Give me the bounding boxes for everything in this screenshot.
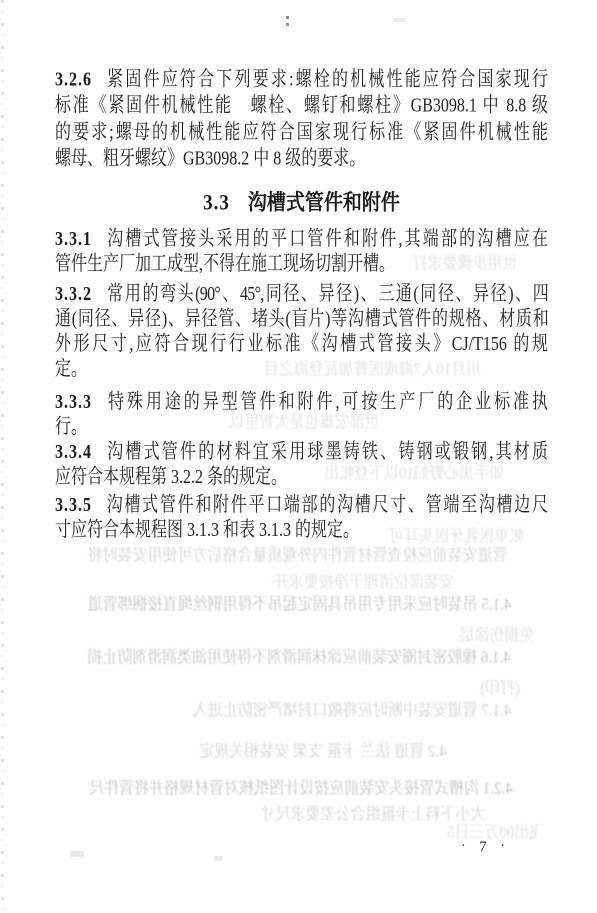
- clause-number: 3.3.1: [55, 228, 92, 250]
- clause-line: 管件生产厂加工成型,不得在施工现场切割开槽。: [55, 248, 548, 280]
- clause-text: 紧固件应符合下列要求:螺栓的机械性能应符合国家现行: [105, 69, 548, 91]
- clause-number: 3.3.3: [55, 391, 92, 413]
- section-heading-number: 3.3: [203, 191, 230, 215]
- clause-text: 沟槽式管接头采用的平口管件和附件,其端部的沟槽应在: [105, 228, 548, 250]
- bleedthrough-line: (打印): [468, 680, 532, 702]
- clause-text: 沟槽式管件的材料宜采用球墨铸铁、铸钢或锻钢,其材质: [105, 441, 548, 463]
- page-number-value: 7: [479, 839, 487, 856]
- section-heading-title: 沟槽式管件和附件: [248, 191, 400, 215]
- clause-number: 3.2.6: [55, 69, 92, 91]
- page-number-left-dot: ·: [461, 839, 466, 855]
- scanned-document-page: 管道安装前应检查管材管件内外观质量合格后方可使用安装时将 安装部位清理干净按要求…: [0, 0, 597, 913]
- paragraph-3-3-2: 3.3.2常用的弯头(90°、45°,同径、异径)、三通(同径、异径)、四 通(…: [55, 282, 548, 382]
- bleedthrough-line: 安装部位清理干净按要求开槽: [272, 574, 454, 596]
- clause-number: 3.3.5: [55, 494, 92, 516]
- bleedthrough-line: 4.2.1 沟槽式管接头安装前应按设计图纸核对管材规格并将管件尺: [60, 780, 542, 802]
- scan-speck: [214, 856, 222, 861]
- page-number: · 7 ·: [461, 837, 505, 857]
- clause-text: 常用的弯头(90°、45°,同径、异径)、三通(同径、异径)、四: [105, 283, 548, 305]
- clause-number: 3.3.2: [55, 283, 92, 305]
- bleedthrough-line: 4.1.7 管道安装中断时应将敞口封堵严密防止进入: [172, 702, 532, 724]
- section-heading: 3.3沟槽式管件和附件: [55, 189, 548, 219]
- bleedthrough-line: 管道安装前应检查管材管件内外观质量合格后方可使用安装时将: [60, 547, 535, 569]
- clause-line: 寸应符合本规程图 3.1.3 和表 3.1.3 的规定。: [55, 514, 548, 546]
- page-number-right-dot: ·: [500, 839, 505, 855]
- paragraph-3-3-1: 3.3.1沟槽式管接头采用的平口管件和附件,其端部的沟槽应在 管件生产厂加工成型…: [55, 227, 548, 277]
- clause-line: 定。: [55, 353, 548, 385]
- scan-speck: [70, 851, 84, 857]
- paragraph-3-2-6: 3.2.6紧固件应符合下列要求:螺栓的机械性能应符合国家现行 标准《紧固件机械性…: [55, 68, 548, 173]
- bleedthrough-line: 免损伤涂层: [452, 627, 542, 649]
- clause-number: 3.3.4: [55, 441, 92, 463]
- document-content: 3.2.6紧固件应符合下列要求:螺栓的机械性能应符合国家现行 标准《紧固件机械性…: [55, 0, 548, 543]
- scan-edge-artifact: [1, 0, 4, 913]
- bleedthrough-line: 4.1.6 橡胶密封圈安装前应涂抹润滑剂不得使用油类润滑剂防止损: [55, 649, 543, 671]
- clause-line: 螺母、粗牙螺纹》GB3098.2 中 8 级的要求。: [55, 143, 548, 177]
- paragraph-3-3-4: 3.3.4沟槽式管件的材料宜采用球墨铸铁、铸钢或锻钢,其材质 应符合本规程第 3…: [55, 440, 548, 490]
- paragraph-3-3-3: 3.3.3特殊用途的异型管件和附件,可按生产厂的企业标准执 行。: [55, 390, 548, 440]
- clause-text: 特殊用途的异型管件和附件,可按生产厂的企业标准执: [105, 391, 548, 413]
- scan-speck: [286, 16, 289, 19]
- clause-text: 沟槽式管件和附件平口端部的沟槽尺寸、管端至沟槽边尺: [105, 494, 548, 516]
- paragraph-3-3-5: 3.3.5沟槽式管件和附件平口端部的沟槽尺寸、管端至沟槽边尺 寸应符合本规程图 …: [55, 493, 548, 543]
- scan-speck: [393, 18, 405, 22]
- bleedthrough-line: 4.2 管道 法兰 卡箍 支架 安装相关规定: [172, 743, 474, 765]
- bleedthrough-line: 4.1.5 吊装时应采用专用吊具固定起吊不得用钢丝绳直接捆绑管道: [57, 596, 542, 618]
